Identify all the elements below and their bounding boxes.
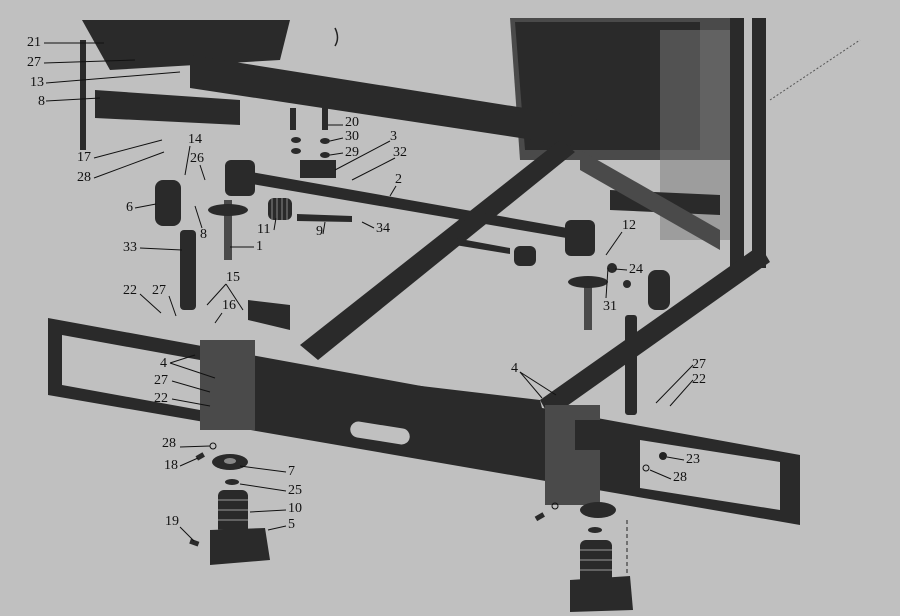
svg-text:14: 14 <box>188 132 202 147</box>
washer-25 <box>225 479 239 485</box>
spring-11 <box>268 198 292 220</box>
svg-text:24: 24 <box>629 262 643 277</box>
svg-text:28: 28 <box>673 470 687 485</box>
svg-text:27: 27 <box>152 283 166 298</box>
cab-pillar-2 <box>752 18 766 268</box>
washer-b <box>291 148 301 154</box>
svg-text:9: 9 <box>316 224 323 239</box>
flange-right <box>568 276 608 288</box>
bar-end-right <box>565 220 595 256</box>
svg-text:15: 15 <box>226 270 240 285</box>
svg-text:4: 4 <box>160 356 167 371</box>
clamp-3 <box>300 160 336 178</box>
svg-text:25: 25 <box>288 483 302 498</box>
svg-text:33: 33 <box>123 240 137 255</box>
washer-right <box>588 527 602 533</box>
svg-text:29: 29 <box>345 145 359 160</box>
bracket-right <box>570 576 633 612</box>
svg-text:7: 7 <box>288 464 295 479</box>
svg-text:27: 27 <box>154 373 168 388</box>
svg-text:27: 27 <box>27 55 41 70</box>
svg-text:5: 5 <box>288 517 295 532</box>
svg-text:10: 10 <box>288 501 302 516</box>
washer-a <box>291 137 301 143</box>
svg-text:22: 22 <box>692 372 706 387</box>
svg-text:31: 31 <box>603 299 617 314</box>
parts-diagram: 21 27 13 8 17 28 14 26 6 8 33 1 11 9 34 … <box>0 0 900 616</box>
svg-text:22: 22 <box>154 391 168 406</box>
cushion-right <box>580 502 616 518</box>
svg-text:18: 18 <box>164 458 178 473</box>
nut-right <box>623 280 631 288</box>
svg-text:28: 28 <box>162 436 176 451</box>
svg-text:21: 21 <box>27 35 41 50</box>
shock-right <box>625 315 637 415</box>
bushing-right <box>648 270 670 310</box>
washer-30 <box>320 138 330 144</box>
svg-text:12: 12 <box>622 218 636 233</box>
svg-text:3: 3 <box>390 129 397 144</box>
svg-text:16: 16 <box>222 298 236 313</box>
svg-text:6: 6 <box>126 200 133 215</box>
svg-text:8: 8 <box>38 94 45 109</box>
svg-text:28: 28 <box>77 170 91 185</box>
cab-pillar-1 <box>730 18 744 268</box>
svg-text:8: 8 <box>200 227 207 242</box>
svg-text:20: 20 <box>345 115 359 130</box>
svg-text:30: 30 <box>345 129 359 144</box>
left-rod <box>80 40 86 150</box>
svg-text:34: 34 <box>376 221 390 236</box>
bumper-bracket-left <box>200 340 255 430</box>
svg-text:27: 27 <box>692 357 706 372</box>
shock-33 <box>180 230 196 310</box>
bolt-small <box>290 108 296 130</box>
nut-23 <box>659 452 667 460</box>
svg-text:4: 4 <box>511 361 518 376</box>
svg-text:2: 2 <box>395 172 402 187</box>
svg-text:32: 32 <box>393 145 407 160</box>
bracket-5 <box>210 528 270 565</box>
spring-right-small <box>514 246 536 266</box>
svg-text:22: 22 <box>123 283 137 298</box>
bar-end-left <box>225 160 255 196</box>
svg-text:26: 26 <box>190 151 204 166</box>
svg-text:17: 17 <box>77 150 91 165</box>
svg-text:19: 19 <box>165 514 179 529</box>
svg-text:1: 1 <box>256 239 263 254</box>
svg-text:13: 13 <box>30 75 44 90</box>
mount-plate-right <box>575 420 605 450</box>
svg-text:11: 11 <box>257 222 270 237</box>
svg-text:23: 23 <box>686 452 700 467</box>
bolt-20 <box>322 108 328 130</box>
bushing-6 <box>155 180 181 226</box>
washer-29 <box>320 152 330 158</box>
flange-1 <box>208 204 248 216</box>
nut-24 <box>607 263 617 273</box>
